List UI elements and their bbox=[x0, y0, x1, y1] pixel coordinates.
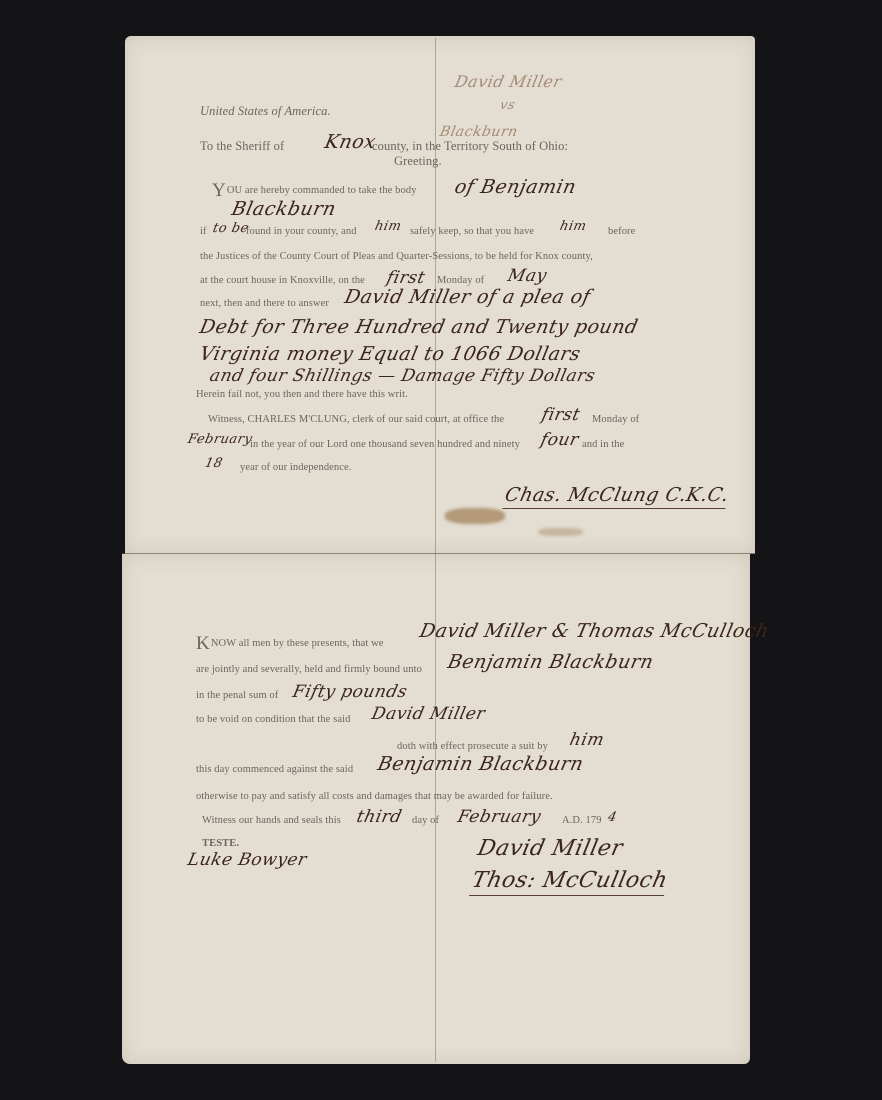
bond-obligee-hand: Benjamin Blackburn bbox=[446, 651, 656, 673]
bond-know: KNOW all men by these presents, that we bbox=[196, 633, 384, 655]
bond-signature-2: Thos: McCulloch bbox=[469, 868, 670, 896]
writ-witness-text: Witness, CHARLES M'CLUNG, clerk of our s… bbox=[208, 414, 504, 425]
bond-prosecute-hand: him bbox=[568, 730, 606, 750]
endorsement-line-3: Blackburn bbox=[438, 124, 519, 140]
writ-defendant-hand-2: Blackburn bbox=[230, 198, 338, 220]
writ-and-in-text: and in the bbox=[582, 439, 624, 450]
writ-sheriff-suffix: county, in the Territory South of Ohio: bbox=[372, 139, 568, 154]
bond-void-text: to be void on condition that the said bbox=[196, 714, 350, 725]
writ-before-text: before bbox=[608, 226, 635, 237]
endorsement-line-1: David Miller bbox=[453, 72, 564, 91]
writ-justices-text: the Justices of the County Court of Plea… bbox=[200, 251, 593, 262]
writ-monday-text: Monday of bbox=[437, 275, 484, 286]
writ-independence-hand: 18 bbox=[203, 456, 224, 471]
bond-bound-text: are jointly and severally, held and firm… bbox=[196, 664, 422, 675]
vertical-fold-line bbox=[435, 38, 436, 1062]
writ-greeting: Greeting. bbox=[394, 154, 442, 169]
writ-witness-month-hand: February bbox=[186, 432, 253, 447]
bond-witness-signature: Luke Bowyer bbox=[186, 850, 309, 870]
clerk-signature: Chas. McClung C.K.C. bbox=[502, 484, 731, 509]
bond-signature-1: David Miller bbox=[475, 836, 625, 861]
writ-year-hand: four bbox=[539, 430, 581, 450]
writ-month-hand: May bbox=[506, 266, 549, 286]
bond-day-hand: third bbox=[355, 807, 404, 827]
bond-penal-hand: Fifty pounds bbox=[291, 682, 409, 702]
writ-plaintiff-hand: David Miller of a plea of bbox=[343, 286, 593, 308]
writ-have-hand: him bbox=[558, 219, 588, 234]
writ-found-text: found in your county, and bbox=[246, 226, 357, 237]
writ-claim-hand-1: Debt for Three Hundred and Twenty pound bbox=[198, 316, 641, 338]
writ-keep-text: safely keep, so that you have bbox=[410, 226, 534, 237]
writ-county-hand: Knox bbox=[323, 131, 378, 153]
writ-independence-text: year of our independence. bbox=[240, 462, 352, 473]
horizontal-fold-line bbox=[122, 553, 755, 554]
writ-year-text: in the year of our Lord one thousand sev… bbox=[250, 439, 520, 450]
writ-found-hand: to be bbox=[211, 221, 250, 236]
bond-obligors-hand: David Miller & Thomas McCulloch bbox=[418, 620, 772, 642]
bond-teste-label: TESTE. bbox=[202, 838, 239, 849]
writ-fail-text: Herein fail not, you then and there have… bbox=[196, 389, 408, 400]
writ-claim-hand-2: Virginia money Equal to 1066 Dollars bbox=[198, 343, 583, 365]
ink-stain bbox=[538, 528, 583, 536]
bond-against-text: this day commenced against the said bbox=[196, 764, 353, 775]
writ-dropcap: Y bbox=[212, 180, 226, 201]
endorsement-line-2: vs bbox=[498, 98, 516, 113]
ink-stain bbox=[445, 508, 505, 524]
writ-witness-day-hand: first bbox=[540, 405, 582, 425]
writ-defendant-hand-1: of Benjamin bbox=[453, 176, 579, 198]
writ-witness-monday-text: Monday of bbox=[592, 414, 639, 425]
writ-monday-hand: first bbox=[385, 268, 427, 288]
bond-prosecute-text: doth with effect prosecute a suit by bbox=[397, 741, 548, 752]
bond-otherwise-text: otherwise to pay and satisfy all costs a… bbox=[196, 791, 553, 802]
writ-claim-hand-3: and four Shillings — Damage Fifty Dollar… bbox=[208, 366, 597, 386]
bond-witness-text: Witness our hands and seals this bbox=[202, 815, 341, 826]
bond-said-hand: David Miller bbox=[370, 704, 487, 724]
bond-month-hand: February bbox=[456, 807, 543, 827]
writ-him-hand: him bbox=[373, 219, 403, 234]
bond-day-of-text: day of bbox=[412, 815, 439, 826]
bond-against-hand: Benjamin Blackburn bbox=[376, 753, 586, 775]
bond-dropcap: K bbox=[196, 633, 210, 654]
writ-heading: United States of America. bbox=[200, 104, 331, 119]
writ-sheriff-prefix: To the Sheriff of bbox=[200, 139, 284, 154]
writ-answer-text: next, then and there to answer bbox=[200, 298, 329, 309]
bond-ad-text: A.D. 179 bbox=[562, 815, 602, 826]
bond-penal-text: in the penal sum of bbox=[196, 690, 278, 701]
writ-found-prefix: if bbox=[200, 226, 207, 237]
writ-courthouse-text: at the court house in Knoxville, on the bbox=[200, 275, 365, 286]
